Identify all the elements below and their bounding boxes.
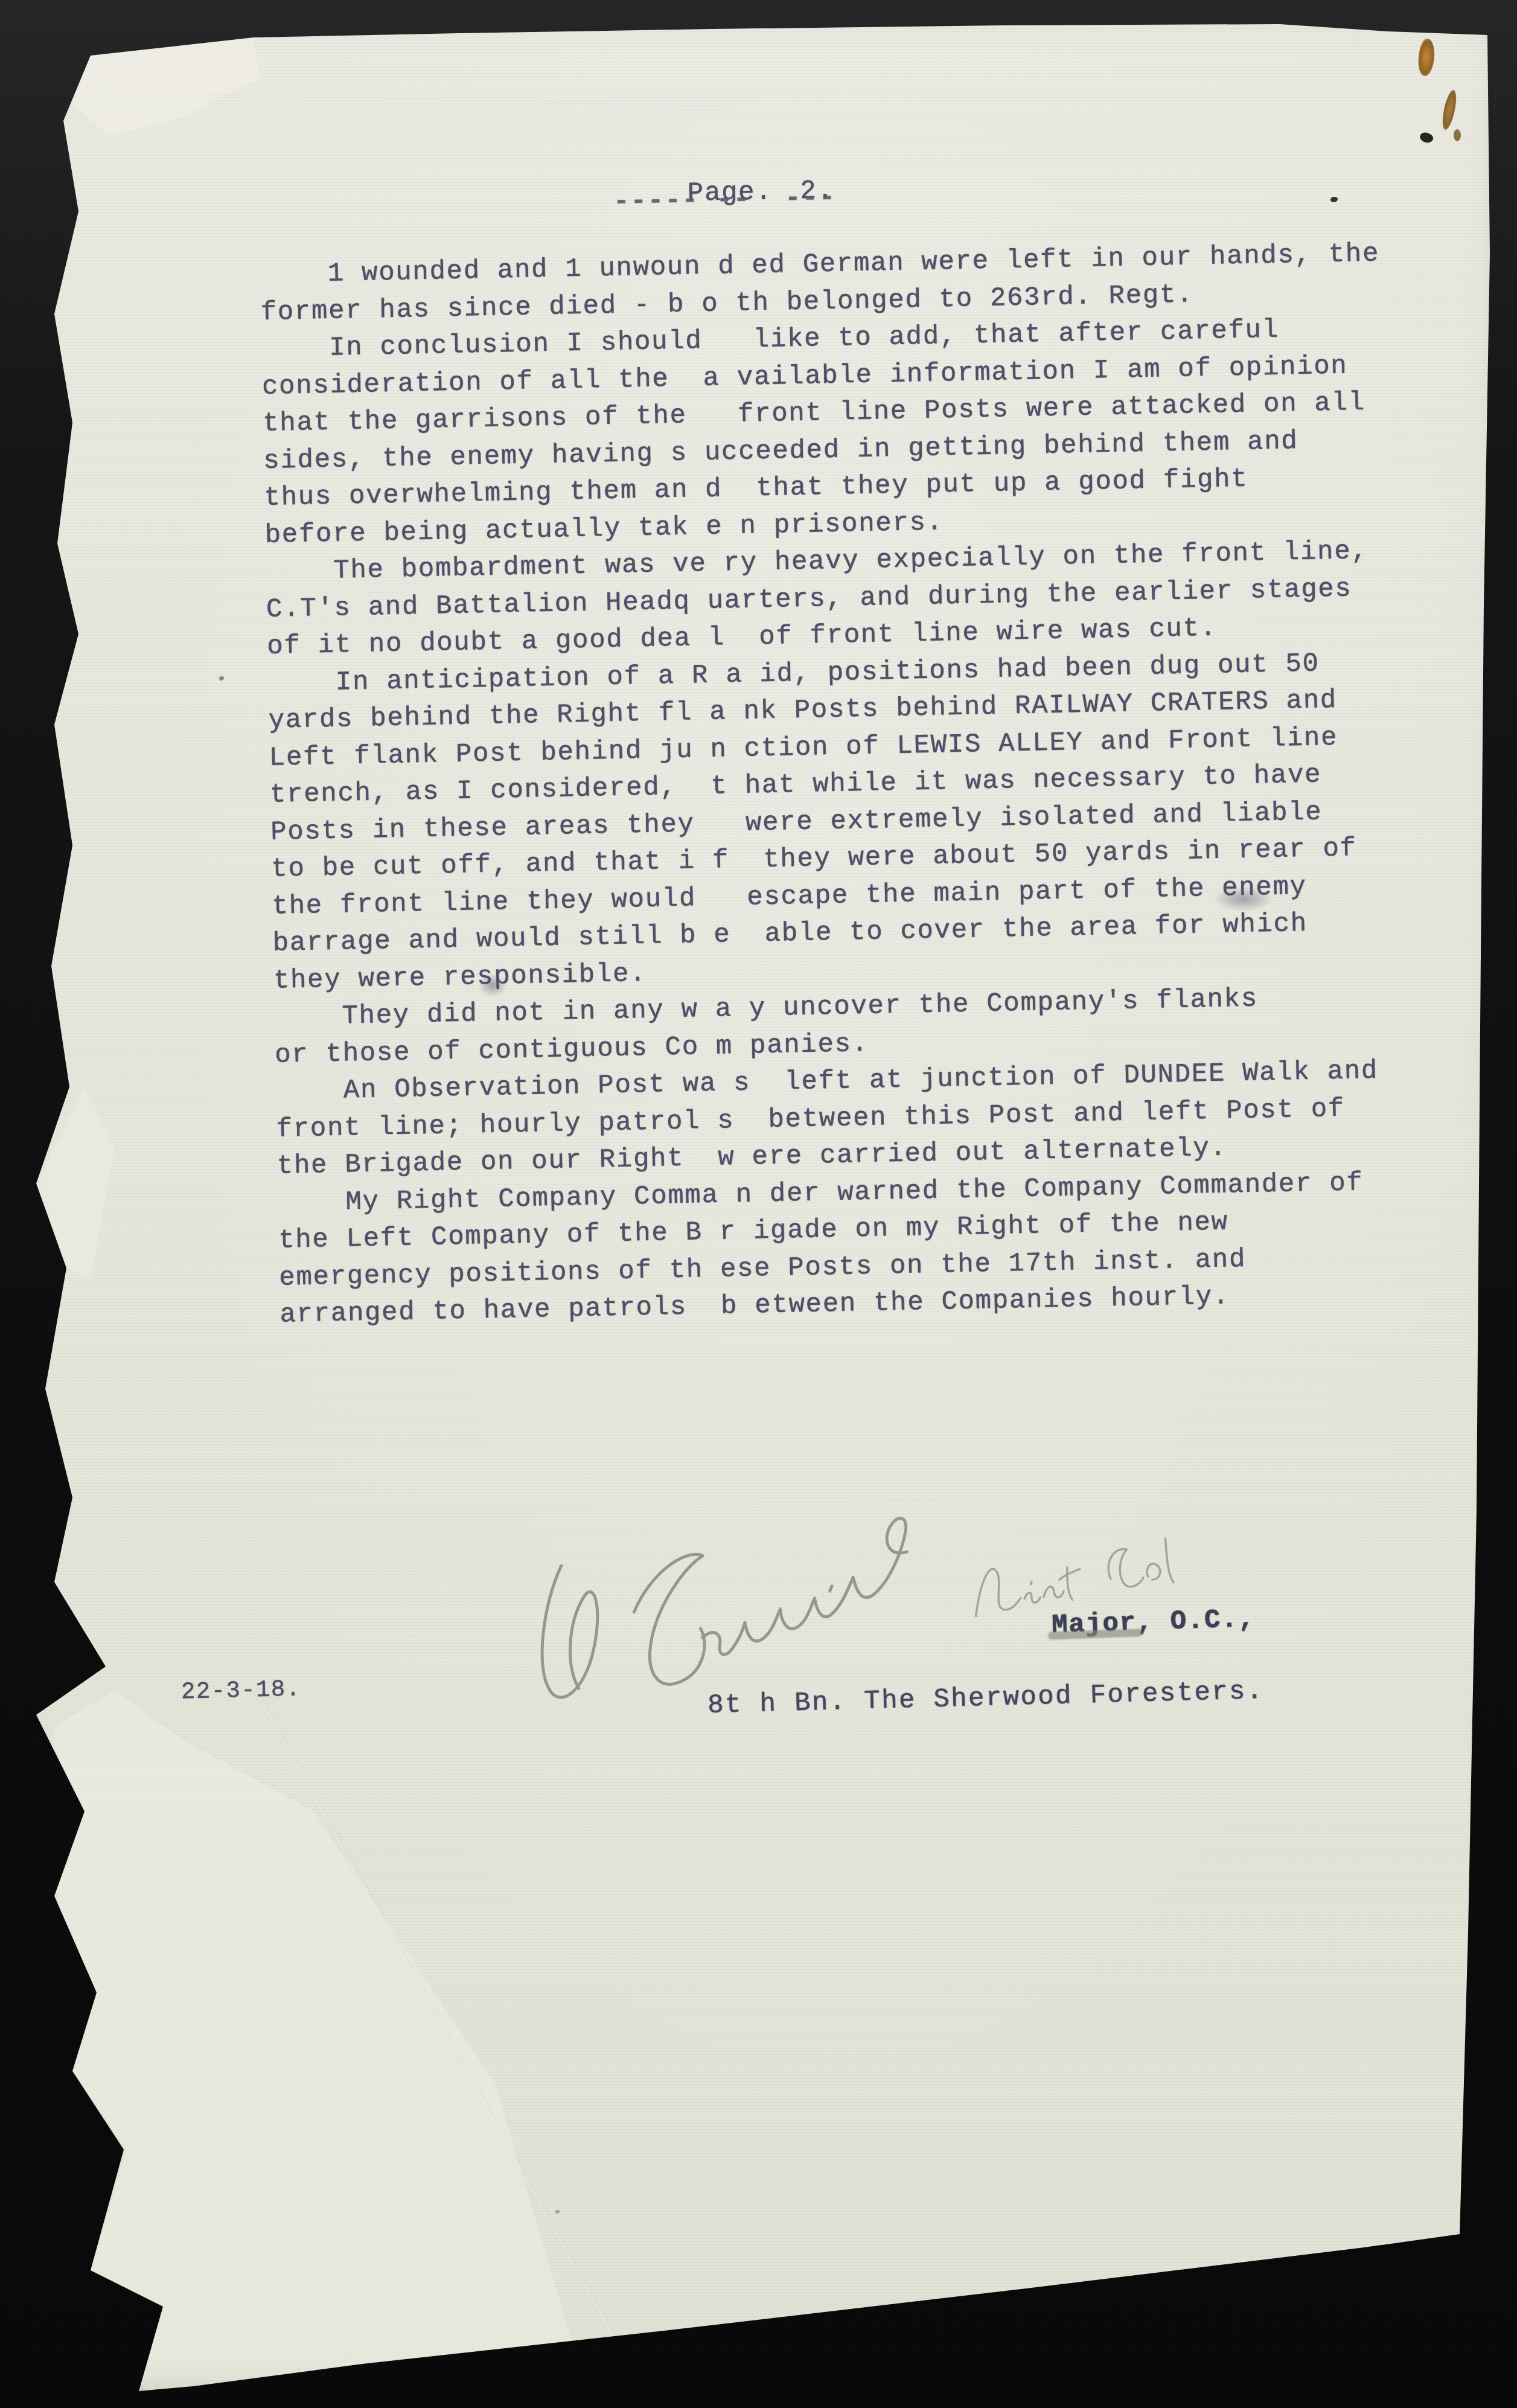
scanned-document: { "document": { "heading": { "page_label… — [0, 0, 1517, 2408]
crease-top-right — [1355, 35, 1402, 461]
torn-flap-mid-left — [0, 0, 157, 1389]
rust-stain-3 — [1454, 129, 1461, 141]
typed-line: barrage and would still b e able to cove… — [272, 908, 1308, 959]
pencil-strike-through-major — [1048, 1628, 1142, 1639]
typed-line: front line; hourly patrol s between this… — [276, 1094, 1345, 1145]
typed-line: emergency positions of th ese Posts on t… — [279, 1244, 1247, 1294]
officer-rank-line: Major, O.C., — [1051, 1604, 1256, 1641]
typed-line: thus overwhelming them an d that they pu… — [264, 464, 1248, 514]
crease-top-center — [421, 38, 564, 202]
document-page: Page.2. ----- -- --- 1 wounded and 1 unw… — [0, 0, 1517, 2408]
crease-middle-diagonal — [723, 574, 907, 866]
crease-bottom-left-minor — [83, 1849, 376, 2408]
typed-line: consideration of all the a vailable info… — [262, 350, 1348, 403]
typed-line: trench, as I considered, t hat while it … — [270, 759, 1322, 810]
torn-flap-bottom-left — [0, 0, 664, 2408]
typed-line: yards behind the Right fl a nk Posts beh… — [268, 685, 1337, 737]
typed-line: or those of contiguous Co m panies. — [275, 1028, 869, 1071]
heading-underline: ----- -- --- — [613, 182, 837, 217]
typed-line: In anticipation of a R a id, positions h… — [267, 648, 1320, 699]
crease-bottom-left-major — [252, 1686, 654, 2406]
date-field: 22-3-18. — [180, 1676, 301, 1705]
typed-line: former has since died - b o th belonged … — [260, 279, 1193, 328]
signature-handwriting — [500, 1483, 936, 1729]
typed-line: 1 wounded and 1 unwoun d ed German were … — [260, 238, 1380, 291]
torn-flap-top-left — [0, 0, 362, 181]
page-number: 2. — [800, 176, 834, 207]
typed-line: the front line they would escape the mai… — [272, 871, 1307, 923]
page-label: Page. — [687, 177, 772, 209]
page-heading: Page.2. — [619, 146, 835, 240]
typed-line: An Observation Post wa s left at junctio… — [275, 1055, 1378, 1108]
crease-top — [72, 91, 736, 110]
typed-line: to be cut off, and that i f they were ab… — [271, 833, 1357, 885]
typed-line: they were responsible. — [273, 958, 647, 997]
typed-line: sides, the enemy having s ucceeded in ge… — [263, 426, 1298, 477]
typed-line: The bombardment was ve ry heavy expecial… — [265, 536, 1368, 588]
rust-stain-1 — [1417, 38, 1436, 77]
crease-horizontal-mid — [54, 1493, 1443, 1516]
typed-line: of it no doubt a good dea l of front lin… — [267, 613, 1218, 662]
report-body: 1 wounded and 1 unwoun d ed German were … — [260, 237, 1464, 1358]
battalion-line: 8t h Bn. The Sherwood Foresters. — [707, 1676, 1265, 1721]
typed-line: arranged to have patrols b etween the Co… — [279, 1281, 1230, 1330]
typed-line: They did not in any w a y uncover the Co… — [274, 983, 1259, 1033]
rust-stain-2 — [1440, 89, 1459, 131]
paper-hole-2 — [1330, 197, 1338, 202]
typed-line: Left flank Post behind ju n ction of LEW… — [269, 722, 1338, 774]
pencil-rank-handwriting — [959, 1526, 1184, 1632]
ink-overstrike-enemy — [1213, 886, 1274, 912]
typed-line: In conclusion I should like to add, that… — [261, 315, 1279, 365]
typed-line: the Left Company of the B r igade on my … — [278, 1206, 1229, 1256]
typed-line: My Right Company Comma n der warned the … — [278, 1167, 1364, 1220]
typed-line: the Brigade on our Right w ere carried o… — [276, 1133, 1227, 1182]
typed-line: that the garrisons of the front line Pos… — [263, 387, 1365, 440]
paper-speck-3 — [219, 676, 224, 680]
paper-speck-4 — [555, 2210, 560, 2214]
typed-line: Posts in these areas they were extremely… — [270, 796, 1323, 848]
typed-line: C.T's and Battalion Headq uarters, and d… — [266, 573, 1352, 626]
paper-hole-1 — [1419, 130, 1435, 145]
ink-overstrike-responsible — [478, 973, 507, 997]
typed-line: before being actually tak e n prisoners. — [264, 507, 944, 551]
